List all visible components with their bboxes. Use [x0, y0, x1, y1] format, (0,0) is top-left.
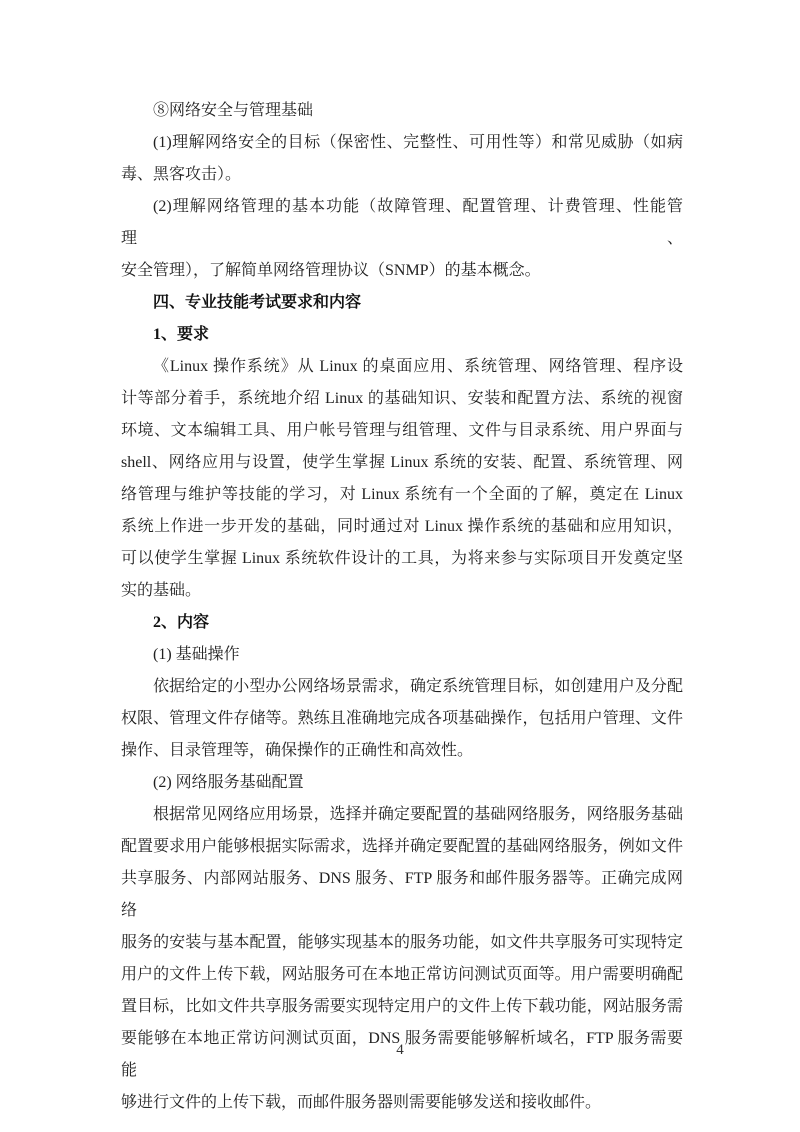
- text-line: 1、要求: [121, 319, 683, 351]
- paragraph-body: (2)理解网络管理的基本功能（故障管理、配置管理、计费管理、性能管理、安全管理）…: [121, 191, 683, 287]
- paragraph-body: 根据常见网络应用场景，选择并确定要配置的基础网络服务，网络服务基础配置要求用户能…: [121, 799, 683, 1119]
- text-line: 2、内容: [121, 607, 683, 639]
- text-line: 依据给定的小型办公网络场景需求，确定系统管理目标，如创建用户及分配: [121, 671, 683, 703]
- text-line: 可以使学生掌握 Linux 系统软件设计的工具，为将来参与实际项目开发奠定坚: [121, 543, 683, 575]
- text-line: 系统上作进一步开发的基础，同时通过对 Linux 操作系统的基础和应用知识，: [121, 511, 683, 543]
- text-line: 毒、黑客攻击）。: [121, 159, 683, 191]
- page-footer: 4: [0, 1040, 800, 1060]
- document-page: ⑧网络安全与管理基础(1)理解网络安全的目标（保密性、完整性、可用性等）和常见威…: [0, 0, 800, 1132]
- text-line: 配置要求用户能够根据实际需求，选择并确定要配置的基础网络服务，例如文件: [121, 831, 683, 863]
- text-line: 根据常见网络应用场景，选择并确定要配置的基础网络服务，网络服务基础: [121, 799, 683, 831]
- text-line: 够进行文件的上传下载，而邮件服务器则需要能够发送和接收邮件。: [121, 1087, 683, 1119]
- paragraph-heading: 2、内容: [121, 607, 683, 639]
- text-line: 共享服务、内部网站服务、DNS 服务、FTP 服务和邮件服务器等。正确完成网络: [121, 863, 683, 927]
- paragraph-body: (2) 网络服务基础配置: [121, 767, 683, 799]
- text-line: 实的基础。: [121, 575, 683, 607]
- text-line: 《Linux 操作系统》从 Linux 的桌面应用、系统管理、网络管理、程序设: [121, 351, 683, 383]
- text-line: shell、网络应用与设置，使学生掌握 Linux 系统的安装、配置、系统管理、…: [121, 447, 683, 479]
- paragraph-body: (1)理解网络安全的目标（保密性、完整性、可用性等）和常见威胁（如病毒、黑客攻击…: [121, 127, 683, 191]
- paragraph-heading: 1、要求: [121, 319, 683, 351]
- paragraph-heading: 四、专业技能考试要求和内容: [121, 287, 683, 319]
- paragraph-body: 《Linux 操作系统》从 Linux 的桌面应用、系统管理、网络管理、程序设计…: [121, 351, 683, 607]
- text-line: 环境、文本编辑工具、用户帐号管理与组管理、文件与目录系统、用户界面与: [121, 415, 683, 447]
- document-body: ⑧网络安全与管理基础(1)理解网络安全的目标（保密性、完整性、可用性等）和常见威…: [121, 95, 683, 1119]
- text-line: 服务的安装与基本配置，能够实现基本的服务功能，如文件共享服务可实现特定: [121, 927, 683, 959]
- text-line: 用户的文件上传下载，网站服务可在本地正常访问测试页面等。用户需要明确配: [121, 959, 683, 991]
- text-line: 权限、管理文件存储等。熟练且准确地完成各项基础操作，包括用户管理、文件: [121, 703, 683, 735]
- text-line: 操作、目录管理等，确保操作的正确性和高效性。: [121, 735, 683, 767]
- text-line: ⑧网络安全与管理基础: [121, 95, 683, 127]
- text-line: 络管理与维护等技能的学习，对 Linux 系统有一个全面的了解，奠定在 Linu…: [121, 479, 683, 511]
- text-line: 四、专业技能考试要求和内容: [121, 287, 683, 319]
- paragraph-body: ⑧网络安全与管理基础: [121, 95, 683, 127]
- paragraph-body: 依据给定的小型办公网络场景需求，确定系统管理目标，如创建用户及分配权限、管理文件…: [121, 671, 683, 767]
- text-line: (2)理解网络管理的基本功能（故障管理、配置管理、计费管理、性能管理、: [121, 191, 683, 255]
- text-line: 计等部分着手，系统地介绍 Linux 的基础知识、安装和配置方法、系统的视窗: [121, 383, 683, 415]
- paragraph-body: (1) 基础操作: [121, 639, 683, 671]
- text-line: 置目标，比如文件共享服务需要实现特定用户的文件上传下载功能，网站服务需: [121, 991, 683, 1023]
- text-line: (2) 网络服务基础配置: [121, 767, 683, 799]
- page-number: 4: [396, 1042, 404, 1058]
- text-line: (1) 基础操作: [121, 639, 683, 671]
- text-line: (1)理解网络安全的目标（保密性、完整性、可用性等）和常见威胁（如病: [121, 127, 683, 159]
- text-line: 安全管理），了解简单网络管理协议（SNMP）的基本概念。: [121, 255, 683, 287]
